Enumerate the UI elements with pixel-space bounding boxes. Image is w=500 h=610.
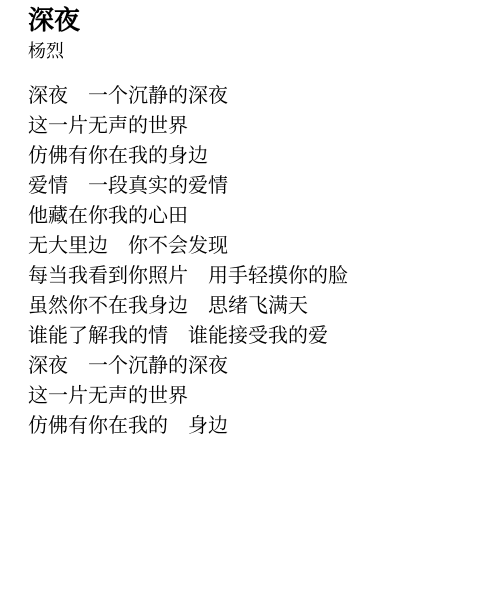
lyric-line: 每当我看到你照片 用手轻摸你的脸 xyxy=(28,261,480,291)
lyric-line: 这一片无声的世界 xyxy=(28,381,480,411)
lyrics-page: 深夜 杨烈 深夜 一个沉静的深夜 这一片无声的世界 仿佛有你在我的身边 爱情 一… xyxy=(0,0,500,610)
lyric-line: 他藏在你我的心田 xyxy=(28,201,480,231)
lyric-line: 仿佛有你在我的 身边 xyxy=(28,411,480,441)
artist-name: 杨烈 xyxy=(28,39,480,63)
page-title: 深夜 xyxy=(28,0,480,37)
lyric-line: 这一片无声的世界 xyxy=(28,111,480,141)
lyric-line: 谁能了解我的情 谁能接受我的爱 xyxy=(28,321,480,351)
lyric-line: 无大里边 你不会发现 xyxy=(28,231,480,261)
lyric-line: 深夜 一个沉静的深夜 xyxy=(28,81,480,111)
lyric-line: 爱情 一段真实的爱情 xyxy=(28,171,480,201)
lyrics-block: 深夜 一个沉静的深夜 这一片无声的世界 仿佛有你在我的身边 爱情 一段真实的爱情… xyxy=(28,81,480,441)
lyric-line: 虽然你不在我身边 思绪飞满天 xyxy=(28,291,480,321)
lyric-line: 仿佛有你在我的身边 xyxy=(28,141,480,171)
lyric-line: 深夜 一个沉静的深夜 xyxy=(28,351,480,381)
